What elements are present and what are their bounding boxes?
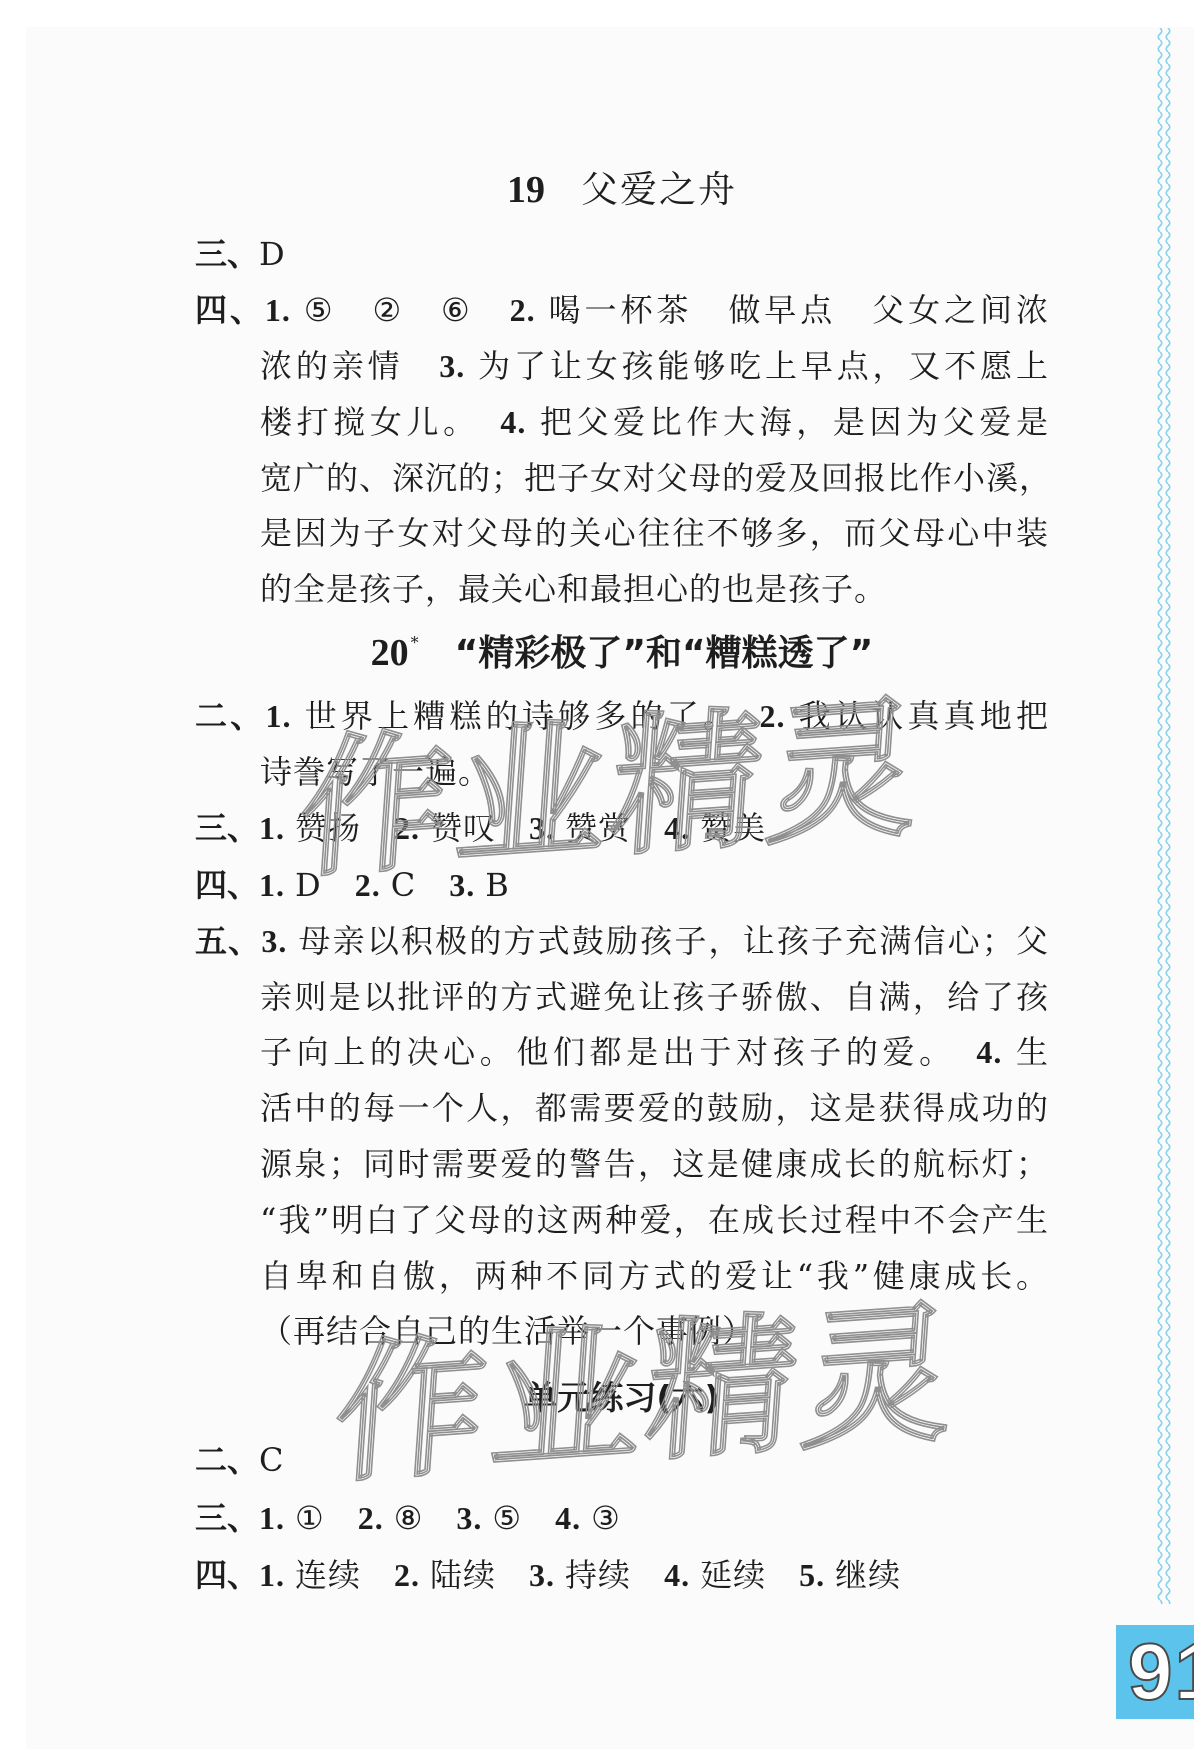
question-marker: 三、 xyxy=(195,809,259,847)
answer-line: 三、1.赞扬 2.赞叹 3.赞赏 4.赞美 xyxy=(195,800,1049,856)
answer-line: 四、1.⑤ ② ⑥ 2.喝一杯茶 做早点 父女之间浓 xyxy=(195,282,1049,338)
unit-exercise-title: 单元练习(六) xyxy=(195,1370,1049,1426)
answer-text: ⑤ xyxy=(492,1499,555,1537)
item-number: 3. xyxy=(449,867,475,903)
answer-line: 诗誊写了一遍。 xyxy=(260,744,1049,800)
item-number: 2. xyxy=(358,1500,384,1536)
question-marker: 三、 xyxy=(195,1499,259,1537)
answer-text: B xyxy=(485,866,510,904)
page-number-badge: 91 xyxy=(1116,1625,1194,1719)
unit-title: 单元练习(六) xyxy=(524,1378,719,1417)
answer-text: ⑧ xyxy=(394,1499,457,1537)
question-marker: 四、 xyxy=(195,291,265,329)
answer-text: 浓的亲情 xyxy=(260,347,439,385)
answer-text: 赞扬 xyxy=(295,809,394,847)
answer-line: 的全是孩子，最关心和最担心的也是孩子。 xyxy=(260,561,1049,617)
section-19-title: 19父爱之舟 xyxy=(195,162,1049,218)
question-marker: 三、 xyxy=(195,235,259,273)
answer-line: 三、D xyxy=(195,226,1049,282)
optional-lesson-marker: * xyxy=(411,633,419,652)
answer-text: 自卑和自傲，两种不同方式的爱让“我”健康成长。 xyxy=(260,1257,1049,1295)
answer-text: 把父爱比作大海，是因为父爱是 xyxy=(536,403,1049,441)
item-number: 4. xyxy=(664,1557,690,1593)
item-number: 2. xyxy=(355,867,381,903)
answer-line: 自卑和自傲，两种不同方式的爱让“我”健康成长。 xyxy=(260,1248,1049,1304)
answer-text: 我认认真真地把 xyxy=(795,697,1049,735)
lesson-title: 父爱之舟 xyxy=(581,168,737,211)
page-number: 91 xyxy=(1128,1629,1194,1715)
answer-line: 三、1.① 2.⑧ 3.⑤ 4.③ xyxy=(195,1490,1049,1546)
answer-text: 赞赏 xyxy=(565,809,664,847)
item-number: 1. xyxy=(259,810,285,846)
answer-text: 世界上糟糕的诗够多的了。 xyxy=(301,697,759,735)
answer-text: （再结合自己的生活举一个事例） xyxy=(260,1312,755,1350)
item-number: 1. xyxy=(259,867,285,903)
question-marker: 二、 xyxy=(195,1441,259,1479)
item-number: 3. xyxy=(439,348,465,384)
answer-line: “我”明白了父母的这两种爱，在成长过程中不会产生 xyxy=(260,1192,1049,1248)
answer-text: 是因为子女对父母的关心往往不够多，而父母心中装 xyxy=(260,514,1049,552)
answer-text: 陆续 xyxy=(430,1556,529,1594)
answer-line: 四、1.D 2.C 3.B xyxy=(195,857,1049,913)
answer-line: 二、C xyxy=(195,1432,1049,1488)
question-marker: 四、 xyxy=(195,866,259,904)
lesson-title: “精彩极了”和“糟糕透了” xyxy=(455,633,874,674)
item-number: 3. xyxy=(529,1557,555,1593)
answer-text: 子向上的决心。他们都是出于对孩子的爱。 xyxy=(260,1033,976,1071)
answer-text: 延续 xyxy=(700,1556,799,1594)
answer-text: 为了让女孩能够吃上早点，又不愿上 xyxy=(475,347,1049,385)
item-number: 1. xyxy=(259,1557,285,1593)
answer-text: 赞美 xyxy=(700,809,766,847)
lesson-number: 20 xyxy=(371,632,409,674)
answer-text: 连续 xyxy=(295,1556,394,1594)
answer-text: D xyxy=(295,866,355,904)
answer-line: 活中的每一个人，都需要爱的鼓励，这是获得成功的 xyxy=(260,1080,1049,1136)
answer-line: 二、1.世界上糟糕的诗够多的了。 2.我认认真真地把 xyxy=(195,688,1049,744)
answer-text: C xyxy=(391,866,450,904)
question-marker: 四、 xyxy=(195,1556,259,1594)
answer-line: 源泉；同时需要爱的警告，这是健康成长的航标灯； xyxy=(260,1136,1049,1192)
answer-line: 楼打搅女儿。 4.把父爱比作大海，是因为父爱是 xyxy=(260,394,1049,450)
answer-text: 赞叹 xyxy=(430,809,529,847)
item-number: 4. xyxy=(664,810,690,846)
item-number: 4. xyxy=(500,404,526,440)
answer-line: 浓的亲情 3.为了让女孩能够吃上早点，又不愿上 xyxy=(260,338,1049,394)
item-number: 5. xyxy=(799,1557,825,1593)
answer-line: 是因为子女对父母的关心往往不够多，而父母心中装 xyxy=(260,505,1049,561)
answer-line: 宽广的、深沉的；把子女对父母的爱及回报比作小溪， xyxy=(260,450,1049,506)
wavy-border-decoration xyxy=(1152,28,1176,1604)
answer-text: 楼打搅女儿。 xyxy=(260,403,500,441)
answer-line: 亲则是以批评的方式避免让孩子骄傲、自满，给了孩 xyxy=(260,969,1049,1025)
item-number: 4. xyxy=(555,1500,581,1536)
answer-text: 诗誊写了一遍。 xyxy=(260,753,491,791)
answer-text: C xyxy=(259,1441,284,1479)
item-number: 2. xyxy=(394,810,420,846)
answer-text: 继续 xyxy=(835,1556,901,1594)
question-marker: 二、 xyxy=(195,697,265,735)
item-number: 4. xyxy=(976,1034,1002,1070)
question-marker: 五、 xyxy=(195,922,261,960)
answer-text: 亲则是以批评的方式避免让孩子骄傲、自满，给了孩 xyxy=(260,978,1049,1016)
answer-text: 的全是孩子，最关心和最担心的也是孩子。 xyxy=(260,570,887,608)
lesson-number: 19 xyxy=(507,169,545,211)
section-20-title: 20*“精彩极了”和“糟糕透了” xyxy=(195,625,1049,681)
answer-line: 子向上的决心。他们都是出于对孩子的爱。 4.生 xyxy=(260,1024,1049,1080)
answer-text: 源泉；同时需要爱的警告，这是健康成长的航标灯； xyxy=(260,1145,1049,1183)
answer-text: ③ xyxy=(591,1499,621,1537)
answer-text: 生 xyxy=(1012,1033,1049,1071)
answer-text: 持续 xyxy=(565,1556,664,1594)
item-number: 2. xyxy=(394,1557,420,1593)
item-number: 2. xyxy=(759,698,785,734)
answer-line: （再结合自己的生活举一个事例） xyxy=(260,1303,1049,1359)
item-number: 1. xyxy=(259,1500,285,1536)
item-number: 2. xyxy=(510,292,536,328)
answer-text: ① xyxy=(295,1499,358,1537)
answer-text: 母亲以积极的方式鼓励孩子，让孩子充满信心；父 xyxy=(297,922,1049,960)
answer-text: ⑤ ② ⑥ xyxy=(301,291,510,329)
answer-line: 四、1.连续 2.陆续 3.持续 4.延续 5.继续 xyxy=(195,1547,1049,1603)
item-number: 1. xyxy=(265,698,291,734)
answer-text: 活中的每一个人，都需要爱的鼓励，这是获得成功的 xyxy=(260,1089,1049,1127)
item-number: 3. xyxy=(261,923,287,959)
item-number: 1. xyxy=(265,292,291,328)
answer-text: 宽广的、深沉的；把子女对父母的爱及回报比作小溪， xyxy=(260,459,1052,497)
item-number: 3. xyxy=(456,1500,482,1536)
answer-text: “我”明白了父母的这两种爱，在成长过程中不会产生 xyxy=(260,1201,1049,1239)
answer-line: 五、3.母亲以积极的方式鼓励孩子，让孩子充满信心；父 xyxy=(195,913,1049,969)
answer-text: D xyxy=(259,235,286,273)
answer-text: 喝一杯茶 做早点 父女之间浓 xyxy=(546,291,1049,329)
item-number: 3. xyxy=(529,810,555,846)
